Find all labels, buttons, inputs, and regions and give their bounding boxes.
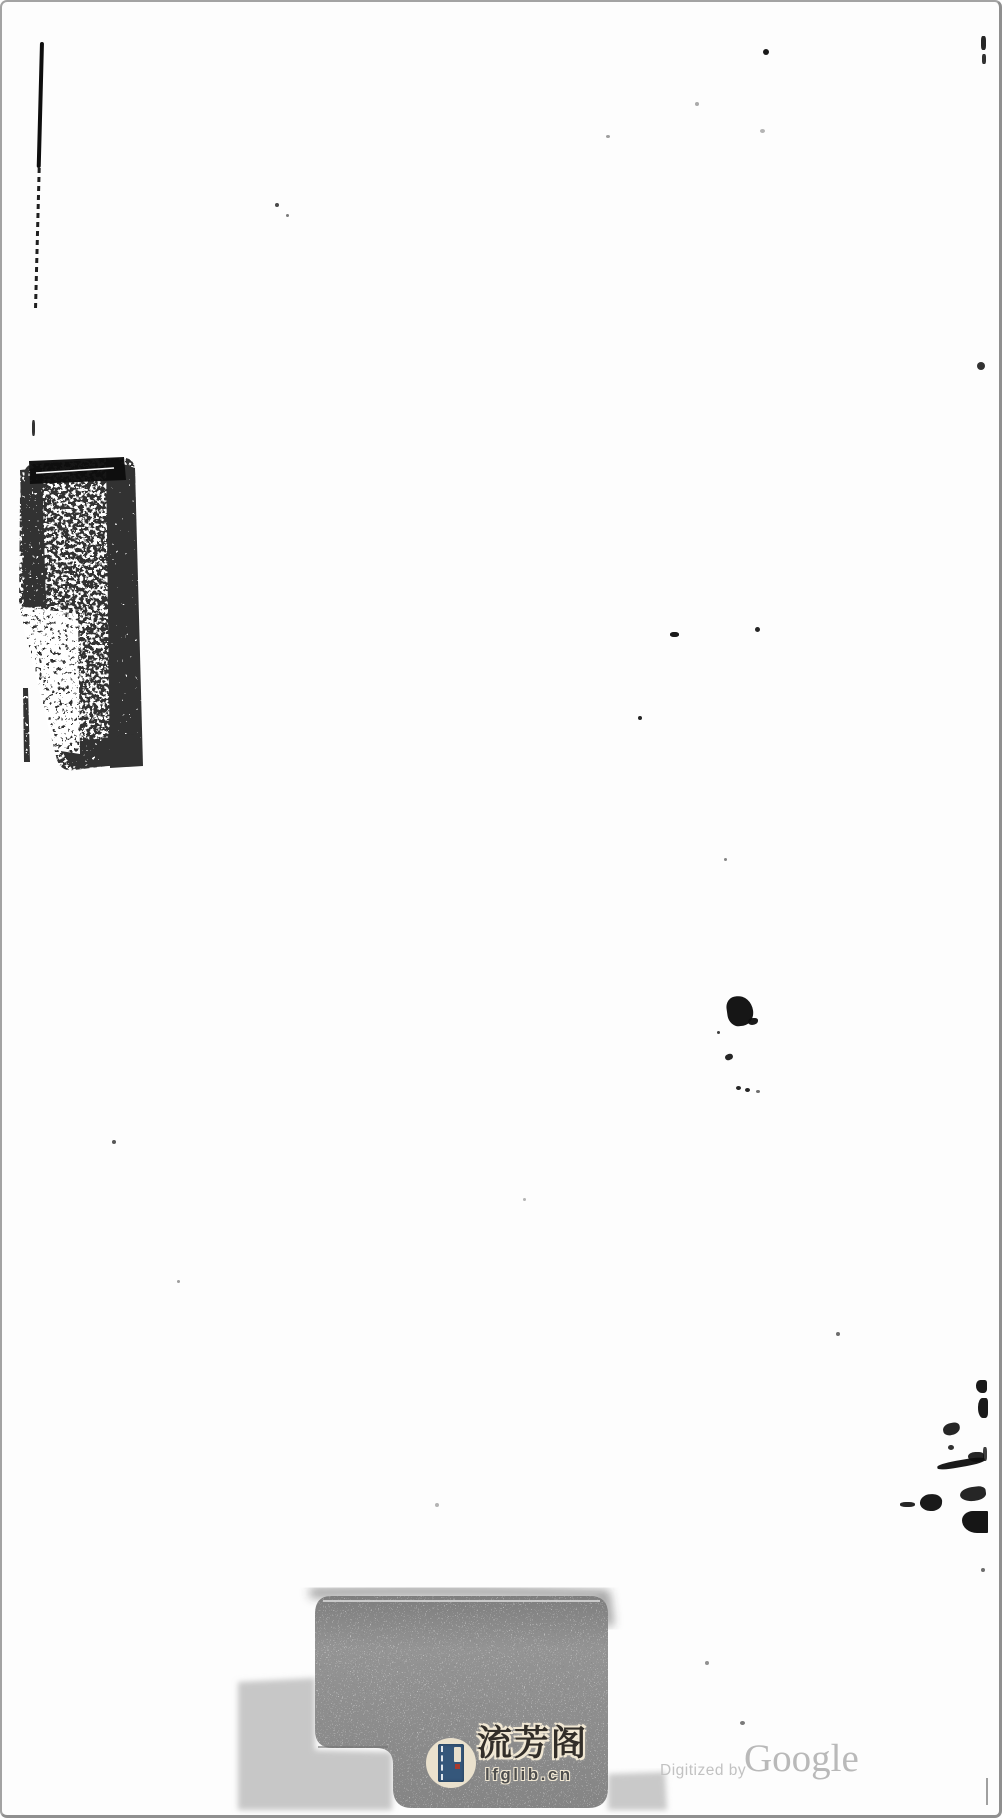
book-stitch-line: [441, 1746, 443, 1780]
ink-speck: [760, 129, 765, 133]
ink-speck: [981, 1568, 985, 1572]
ink-speck: [959, 1485, 987, 1502]
ink-speck: [736, 1086, 741, 1090]
ink-speck: [745, 1088, 750, 1092]
ink-speck: [978, 1398, 988, 1418]
ink-speck: [695, 102, 699, 106]
ink-speck: [638, 716, 642, 720]
ink-speck: [275, 203, 279, 207]
ink-speck: [900, 1502, 915, 1507]
ink-speck: [177, 1280, 180, 1283]
right-edge-mark: [986, 1778, 988, 1805]
book-title-label: [454, 1747, 461, 1762]
ink-speck: [112, 1140, 116, 1144]
ink-speck: [763, 49, 769, 55]
digitized-by-label: Digitized by: [660, 1762, 746, 1780]
ink-speck: [435, 1503, 439, 1507]
ink-speck: [286, 214, 289, 217]
watermark-badge: [426, 1738, 476, 1788]
ink-speck: [606, 135, 610, 138]
ink-specks-layer: [0, 0, 1002, 1818]
ink-speck: [942, 1422, 961, 1437]
ink-speck: [756, 1090, 760, 1093]
ink-speck: [981, 36, 986, 50]
ink-speck: [32, 420, 35, 436]
ink-speck: [724, 1053, 734, 1061]
ink-speck: [705, 1661, 709, 1665]
ink-speck: [919, 1493, 942, 1512]
ink-speck: [755, 627, 760, 632]
watermark-title: 流芳阁: [477, 1726, 588, 1761]
google-logo: Google: [744, 1739, 859, 1778]
ink-speck: [740, 1721, 745, 1725]
ink-speck: [748, 1018, 758, 1025]
watermark-url: lfglib.cn: [485, 1765, 573, 1785]
ink-speck: [968, 1452, 984, 1462]
ink-speck: [982, 54, 986, 64]
ink-speck: [962, 1511, 988, 1533]
book-icon: [438, 1744, 464, 1782]
ink-speck: [724, 858, 727, 861]
ink-speck: [717, 1031, 720, 1034]
ink-speck: [523, 1198, 526, 1201]
book-red-seal: [455, 1764, 460, 1769]
ink-speck: [977, 362, 985, 370]
ink-speck: [948, 1445, 954, 1450]
scanned-page: 流芳阁 lfglib.cn Digitized by Google: [0, 0, 1002, 1818]
ink-speck: [976, 1380, 987, 1393]
ink-speck: [836, 1332, 840, 1336]
ink-speck: [670, 632, 679, 637]
